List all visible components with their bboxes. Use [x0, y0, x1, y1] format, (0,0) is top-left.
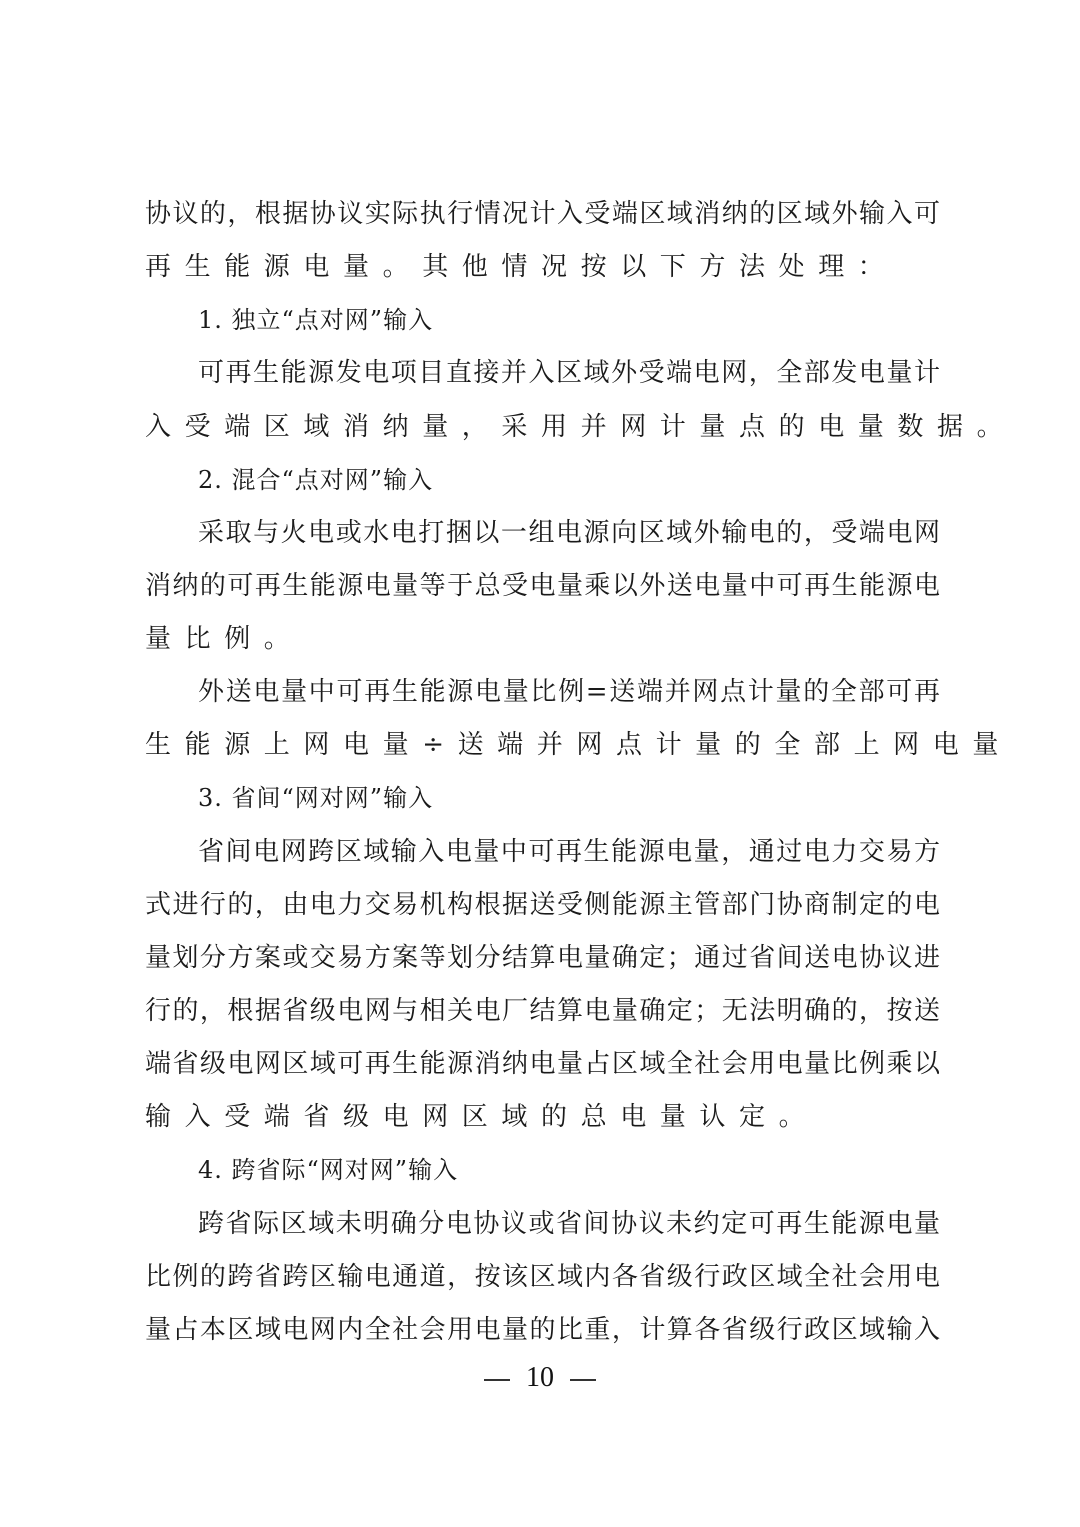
- body-line: 端省级电网区域可再生能源消纳电量占区域全社会用电量比例乘以: [145, 1044, 940, 1084]
- body-line: 消纳的可再生能源电量等于总受电量乘以外送电量中可再生能源电: [145, 566, 940, 606]
- body-line: 量划分方案或交易方案等划分结算电量确定；通过省间送电协议进: [145, 938, 940, 978]
- page-number-dash-left: [484, 1379, 510, 1381]
- body-line: 跨省际区域未明确分电协议或省间协议未约定可再生能源电量: [198, 1204, 940, 1244]
- body-line: 输入受端省级电网区域的总电量认定。: [145, 1097, 940, 1137]
- body-line: 入受端区域消纳量，采用并网计量点的电量数据。: [145, 407, 940, 447]
- document-page: 协议的，根据协议实际执行情况计入受端区域消纳的区域外输入可 再生能源电量。其他情…: [0, 0, 1080, 1527]
- body-line: 协议的，根据协议实际执行情况计入受端区域消纳的区域外输入可: [145, 194, 940, 234]
- section-heading-3: 3. 省间“网对网”输入: [198, 778, 433, 818]
- page-number-dash-right: [570, 1379, 596, 1381]
- formula-line: 外送电量中可再生能源电量比例=送端并网点计量的全部可再: [198, 672, 940, 712]
- body-line: 再生能源电量。其他情况按以下方法处理：: [145, 247, 940, 287]
- body-line: 式进行的，由电力交易机构根据送受侧能源主管部门协商制定的电: [145, 885, 940, 925]
- body-line: 量占本区域电网内全社会用电量的比重，计算各省级行政区域输入: [145, 1310, 940, 1350]
- page-number-value: 10: [526, 1362, 554, 1393]
- body-line: 比例的跨省跨区输电通道，按该区域内各省级行政区域全社会用电: [145, 1257, 940, 1297]
- page-number: 10: [0, 1358, 1080, 1398]
- section-heading-1: 1. 独立“点对网”输入: [198, 300, 433, 340]
- body-line: 可再生能源发电项目直接并入区域外受端电网，全部发电量计: [198, 353, 940, 393]
- section-heading-4: 4. 跨省际“网对网”输入: [198, 1150, 458, 1190]
- section-heading-2: 2. 混合“点对网”输入: [198, 460, 433, 500]
- formula-line: 生能源上网电量÷送端并网点计量的全部上网电量: [145, 725, 940, 765]
- body-line: 省间电网跨区域输入电量中可再生能源电量，通过电力交易方: [198, 832, 940, 872]
- body-line: 量比例。: [145, 619, 940, 659]
- body-line: 行的，根据省级电网与相关电厂结算电量确定；无法明确的，按送: [145, 991, 940, 1031]
- body-line: 采取与火电或水电打捆以一组电源向区域外输电的，受端电网: [198, 513, 940, 553]
